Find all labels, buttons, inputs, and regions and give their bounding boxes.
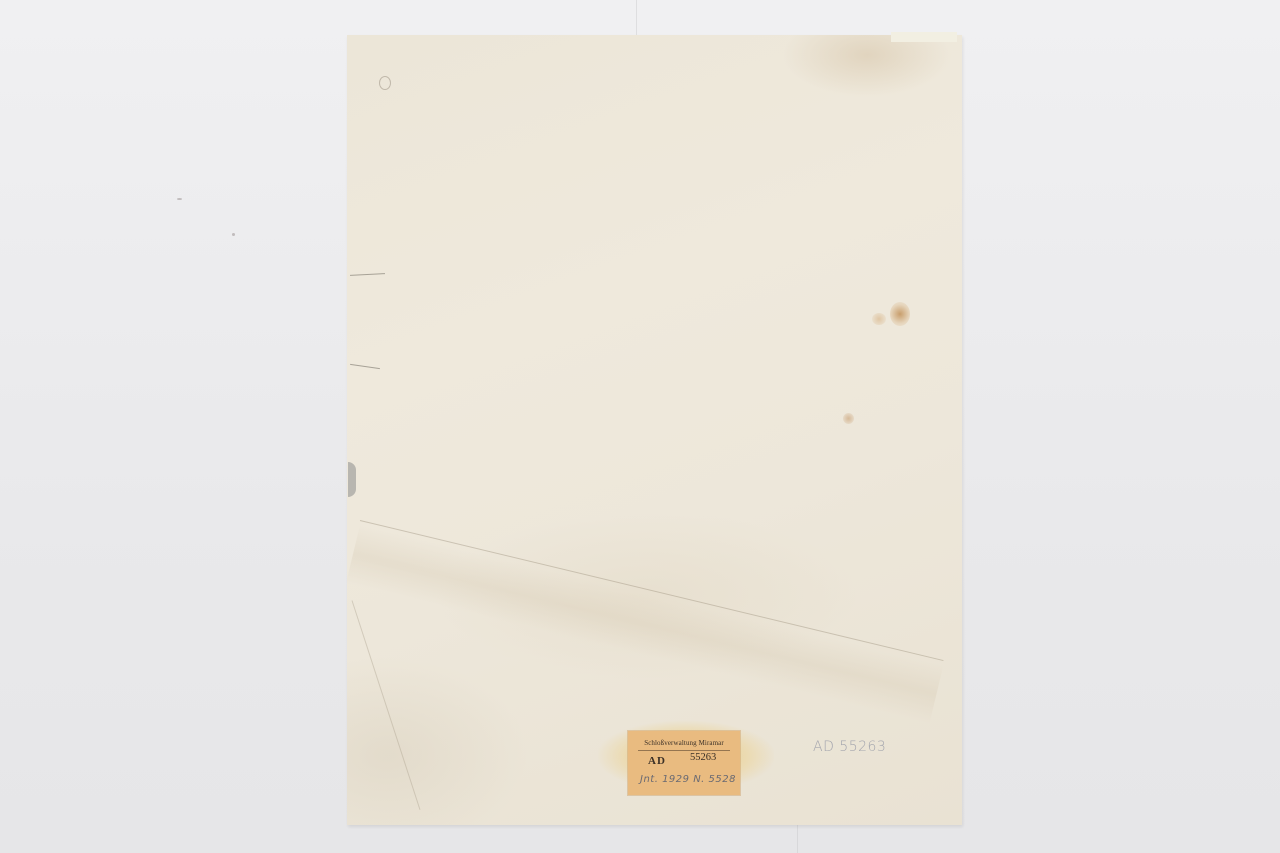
- label-prefix: AD: [648, 755, 666, 767]
- label-handwritten-note: Jnt. 1929 N. 5528: [640, 774, 736, 785]
- label-divider: [638, 750, 730, 751]
- edge-nick: [348, 462, 356, 497]
- label-number: 55263: [690, 752, 716, 763]
- circle-pencil-mark: [379, 76, 391, 90]
- backdrop-seam: [797, 825, 798, 853]
- stain-icon: [890, 302, 910, 326]
- backdrop-speck: [177, 198, 182, 200]
- backdrop-seam: [636, 0, 637, 35]
- inventory-label: Schloßverwaltung Miramar AD 55263 Jnt. 1…: [628, 731, 740, 795]
- paper-corner-strip: [891, 32, 957, 42]
- backdrop-speck: [232, 233, 235, 236]
- label-title: Schloßverwaltung Miramar: [628, 739, 740, 747]
- stain-icon: [872, 313, 886, 325]
- stain-icon: [843, 413, 854, 424]
- pencil-inventory-number: AD 55263: [813, 739, 886, 755]
